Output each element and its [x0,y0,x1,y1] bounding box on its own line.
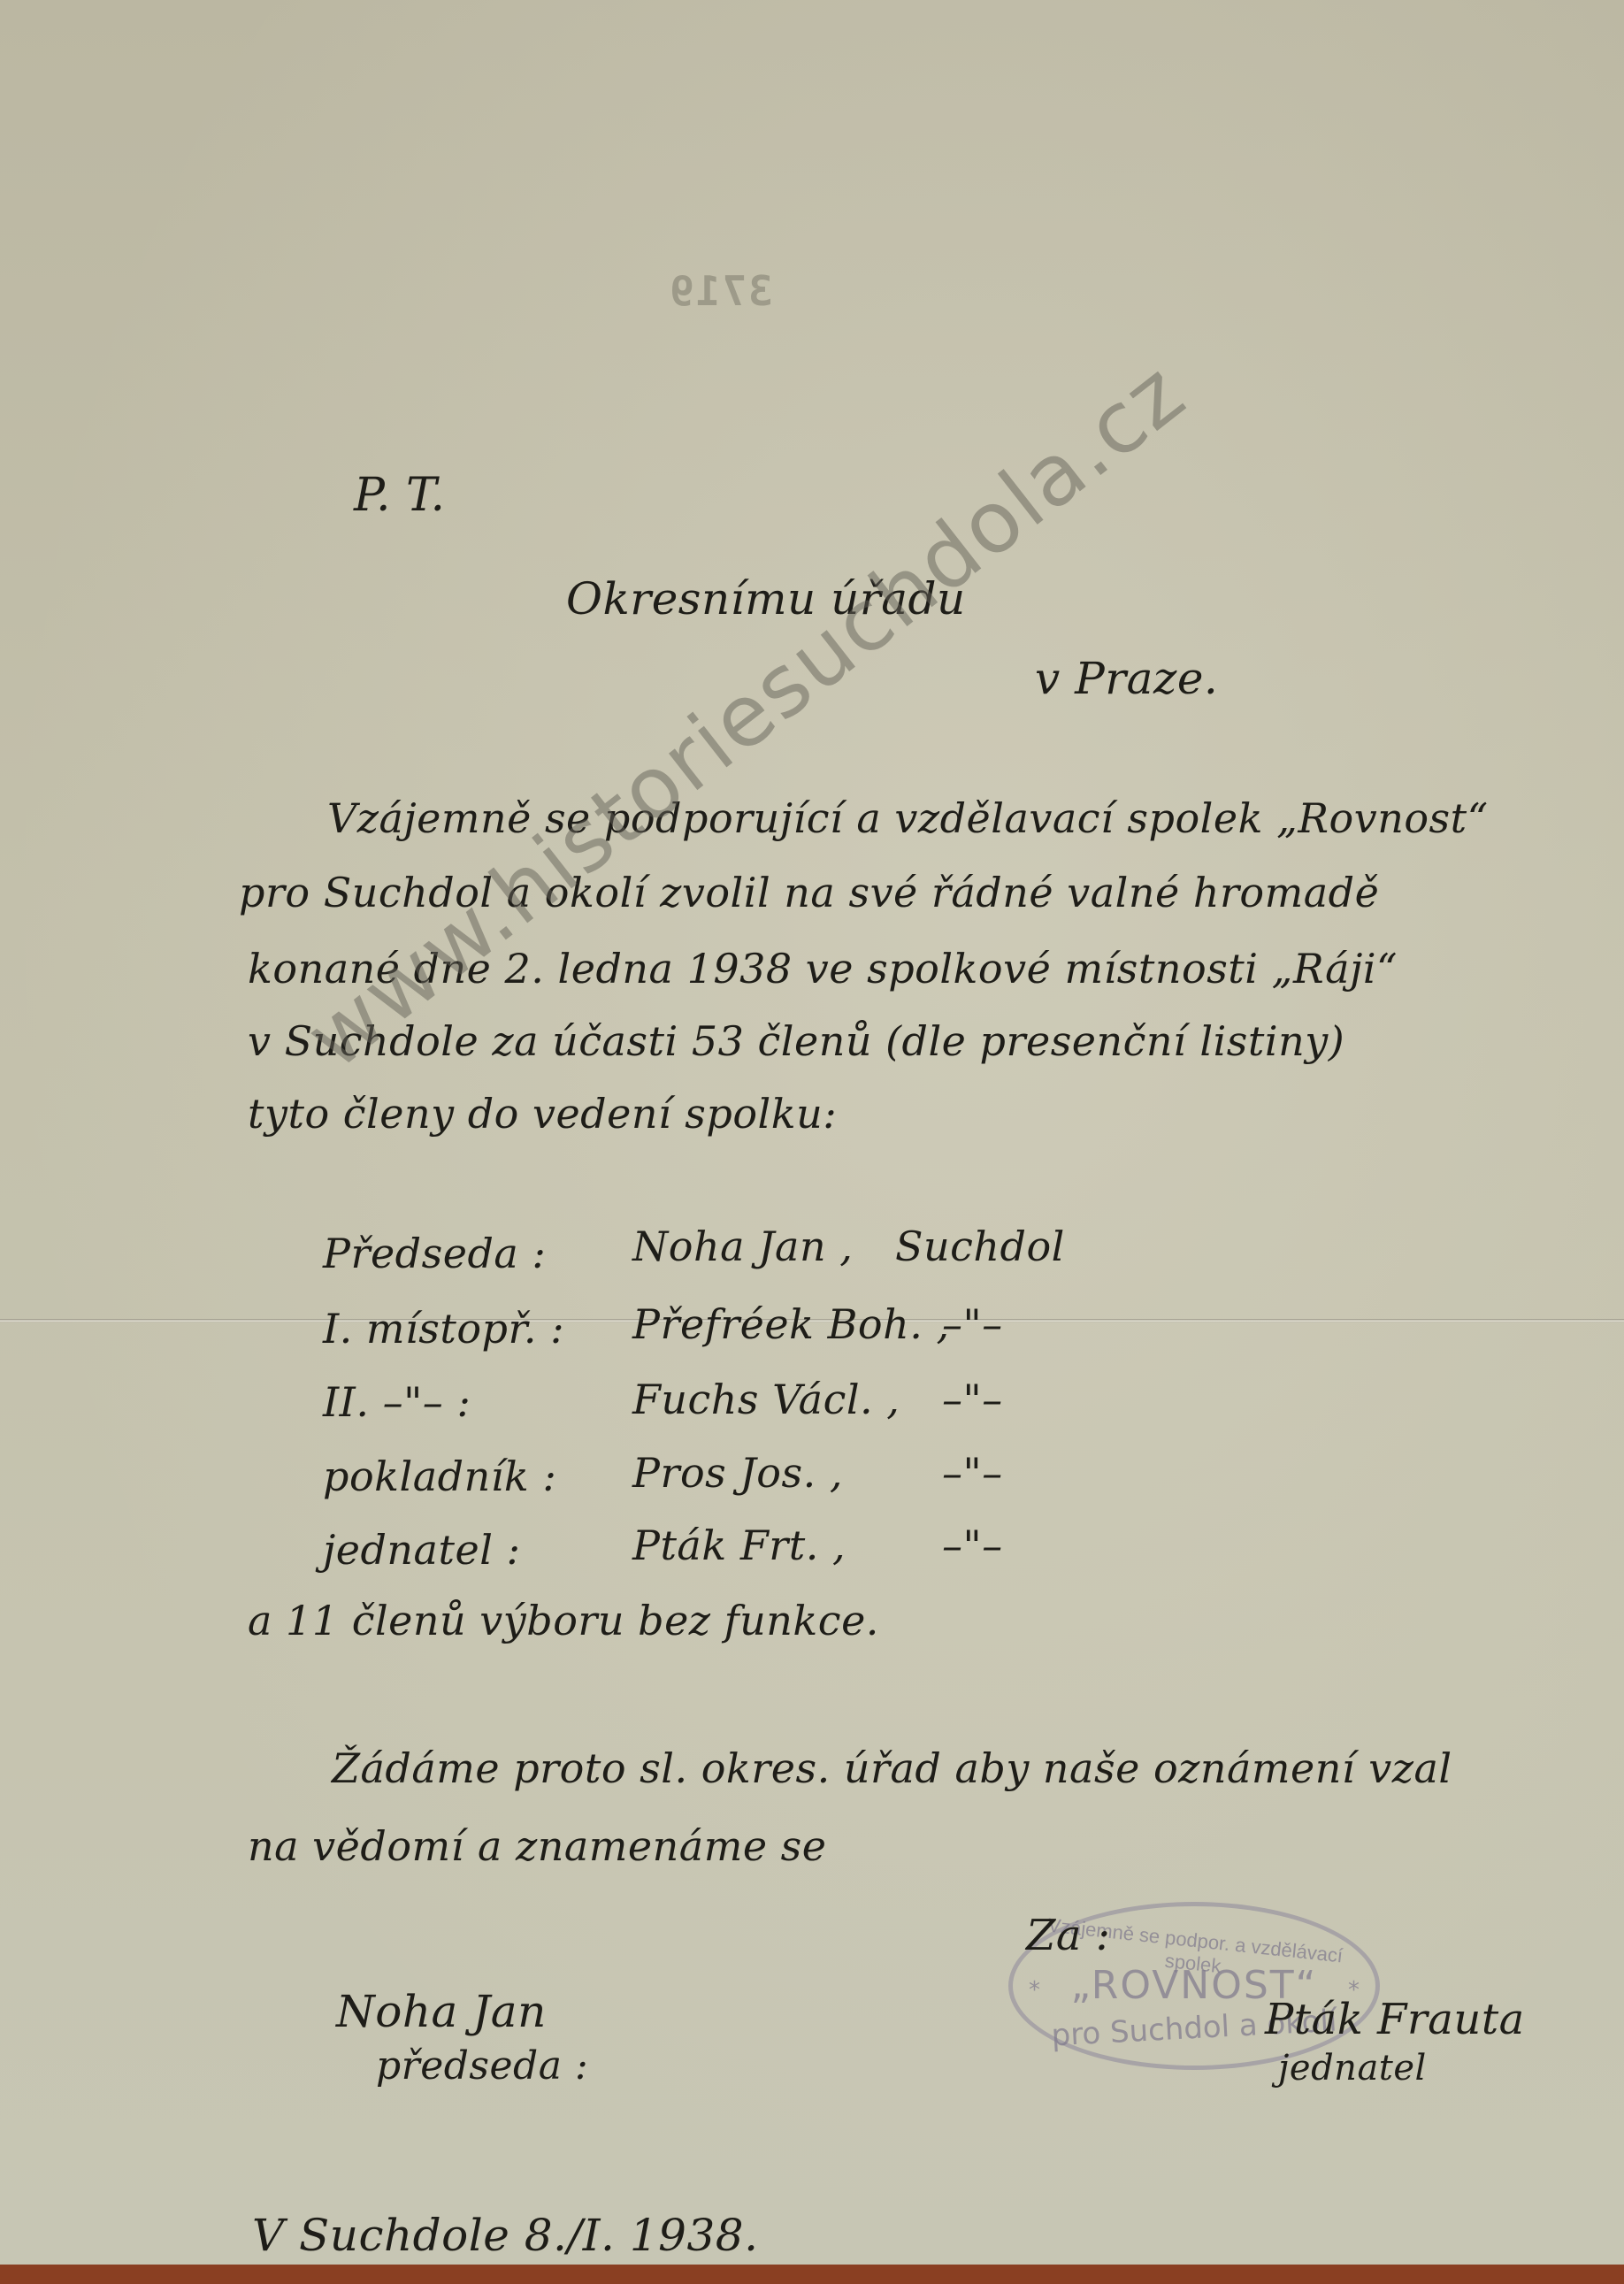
addressee-city: v Praze. [1035,653,1218,704]
for-label: Za : [1026,1911,1110,1960]
officer-role: Předseda : [323,1230,546,1277]
body-line: pro Suchdol a okolí zvolil na své řádné … [239,869,1379,916]
officer-role: I. místopř. : [323,1305,564,1353]
officer-residence: –"– [942,1521,1003,1569]
committee-line: a 11 členů výboru bez funkce. [248,1597,879,1644]
officer-residence: –"– [942,1376,1003,1423]
officer-name: Fuchs Václ. , [632,1376,900,1423]
request-line: na vědomí a znamenáme se [248,1822,827,1870]
signature-right-title: jednatel [1278,2048,1427,2089]
backing-edge [0,2265,1624,2284]
officer-role: pokladník : [323,1452,556,1500]
registry-number: 3719 [668,267,773,315]
body-line: Vzájemně se podporující a vzdělavací spo… [327,794,1489,842]
officer-role: II. –"– : [323,1378,471,1426]
place-date: V Suchdole 8./I. 1938. [252,2210,758,2261]
officer-role: jednatel : [323,1526,521,1574]
officer-name: Přefréek Boh. , [632,1300,950,1348]
officer-name: Pros Jos. , [632,1449,843,1497]
officer-name: Noha Jan , [632,1222,853,1270]
salutation: P. T. [354,469,446,522]
signature-right-name: Pták Frauta [1265,1995,1525,2044]
signature-left-name: Noha Jan [336,1986,547,2037]
request-line: Žádáme proto sl. okres. úřad aby naše oz… [332,1744,1452,1792]
officer-residence: –"– [942,1300,1003,1348]
officer-residence: –"– [942,1449,1003,1497]
officer-name: Pták Frt. , [632,1521,846,1569]
officer-residence: Suchdol [895,1222,1065,1270]
signature-left-title: předseda : [376,2043,588,2089]
body-line: tyto členy do vedení spolku: [248,1090,837,1138]
